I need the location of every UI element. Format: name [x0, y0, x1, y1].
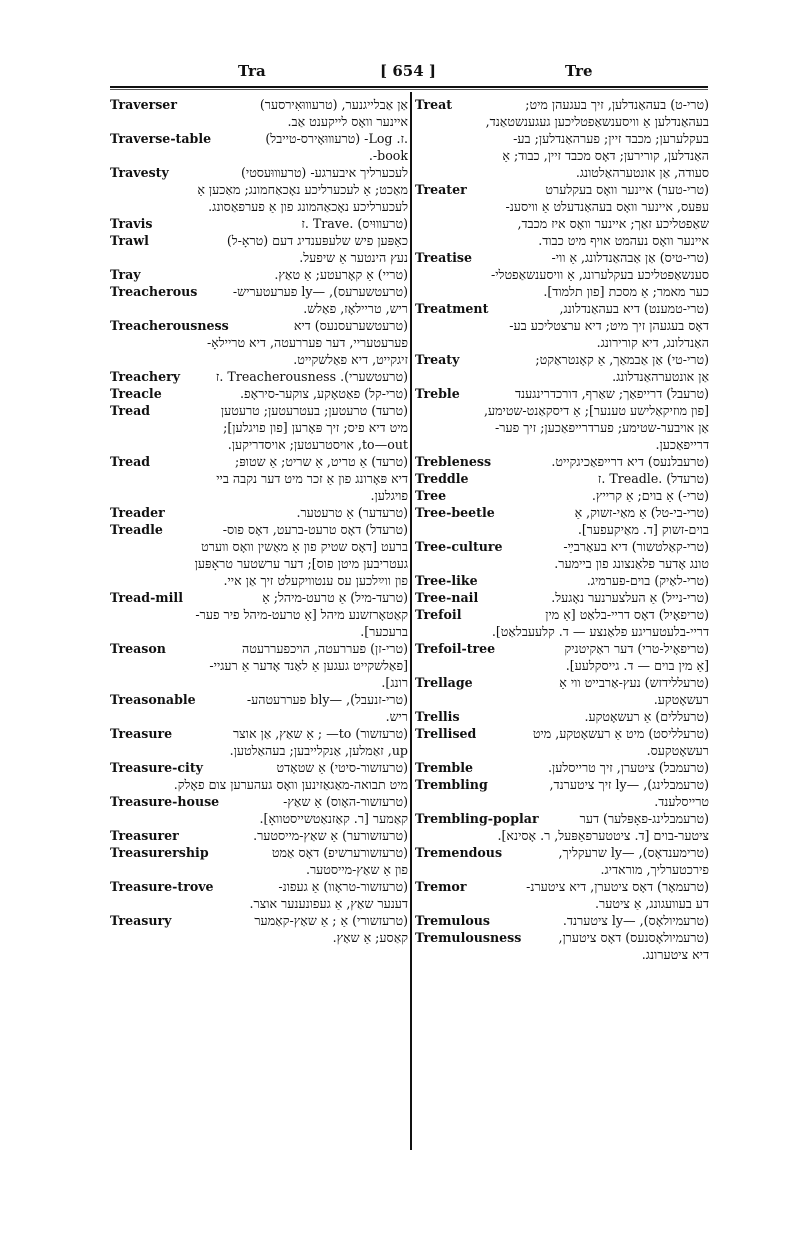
- headword: Treadle: [110, 521, 163, 538]
- definition-continuation: שאַפטליכע זאַך; איינער וואָס איז מכבד,: [415, 215, 709, 232]
- entry-first-line: Tree-like(טרי-לאַיק) בוים-פערמיג.: [415, 572, 709, 589]
- headword: Trawl: [110, 232, 149, 249]
- dictionary-entry: Tree-beetle(טרי-בי-טל) אַ מאַי-זשוק, אַב…: [415, 504, 709, 538]
- definition-text: (טרי-לאַיק) בוים-פערמיג.: [478, 572, 709, 589]
- headword: Treatment: [415, 300, 488, 317]
- definition-continuation: עפּעס, איינער וואָס בעהאַנדעלט אַ וויסענ…: [415, 198, 709, 215]
- headword: Treaty: [415, 351, 459, 368]
- definition-continuation: דאָס בעגעהן זיך מיט; דיא ערצטליכע בע-: [415, 317, 709, 334]
- definition-continuation: טרייסלענד.: [415, 793, 709, 810]
- dictionary-entry: Trawlכאַפּען פיש שלעפּענדיג דעם (טראָ-ל)…: [110, 232, 408, 266]
- headword: Tree-culture: [415, 538, 503, 555]
- definition-continuation: ציטער-בוים [ד. ציטטערפאַפּעל, ר. אָסינא]…: [415, 827, 709, 844]
- headword: Treasure: [110, 725, 172, 742]
- definition-continuation: קאַסע; אַ שאַץ.: [110, 929, 408, 946]
- definition-text: (טרימענדאָס), —ly שרעקליך,: [502, 844, 709, 861]
- definition-continuation: ברעכער].: [110, 623, 408, 640]
- definition-continuation: up, זאַמלען, אַנקלייבען; בעהאַלטען.: [110, 742, 408, 759]
- entry-first-line: Trellis(טרעללים) אַ רעשאָטקע.: [415, 708, 709, 725]
- dictionary-entry: Trembling-poplar(טרעמבלינג-פאָפּלער) דער…: [415, 810, 709, 844]
- definition-text: (טרעזשורער) אַ שאַץ-מייסטער.: [179, 827, 408, 844]
- definition-text: (טרעד-מיל) אַ טרעט-מיהל; אַ: [183, 589, 408, 606]
- dictionary-entry: Tread-mill(טרעד-מיל) אַ טרעט-מיהל; אַקאַ…: [110, 589, 408, 640]
- headword: Treason: [110, 640, 166, 657]
- definition-text: (טרעלליסט) מיט אַ רעשאָטקע, מיט: [476, 725, 709, 742]
- dictionary-entry: Treacherousness(טרעטשערעסנעס) דיאפערעטער…: [110, 317, 408, 368]
- headword: Trellis: [415, 708, 460, 725]
- dictionary-entry: Treadle(טרעדל) דאָס טרעט-ברעט, דאָס פוס-…: [110, 521, 408, 589]
- definition-continuation: רונג].: [110, 674, 408, 691]
- headword: Traverser: [110, 96, 177, 113]
- entry-first-line: Treacherousness(טרעטשערעסנעס) דיא: [110, 317, 408, 334]
- dictionary-entry: Trellage(טרעללידזש) נעץ-אַרבייט ווי אַרע…: [415, 674, 709, 708]
- dictionary-entry: Treader(טרעדער) אַ טרעטער.: [110, 504, 408, 521]
- definition-continuation: אַן אויבער-שטימע; פערדרייפאַכען; זיך פער…: [415, 419, 709, 436]
- definition-continuation: זיגקייט, דיא פאַלשקייט.: [110, 351, 408, 368]
- entry-first-line: Treacherous(טרעטשערעס), —ly פערעטעריש-: [110, 283, 408, 300]
- definition-text: (טרעללים) אַ רעשאָטקע.: [460, 708, 709, 725]
- headword: Treddle: [415, 470, 469, 487]
- dictionary-entry: Tree-nail(טרי-נייל) אַ העלצערנער נאָגעל.: [415, 589, 709, 606]
- headword: Tread-mill: [110, 589, 183, 606]
- definition-text: (טרעזשור-טראָוו) אַ געפונ-: [214, 878, 408, 895]
- definition-text: (טרי-ט) בעהאַנדלען, זיך בעגעהן מיט;: [452, 96, 709, 113]
- right-column: Treat(טרי-ט) בעהאַנדלען, זיך בעגעהן מיט;…: [415, 96, 709, 963]
- headword: Treasurer: [110, 827, 179, 844]
- dictionary-entry: Treason(טרי-זן) פעררעטה, הויכפעררעטה[פאַ…: [110, 640, 408, 691]
- definition-continuation: דיא ציטערונג.: [415, 946, 709, 963]
- definition-continuation: כער מאמר; אַ מסכת [פון תלמוד].: [415, 283, 709, 300]
- entry-first-line: Treasury(טרעזשורי) אַ ; אַ שאַץ-קאַמער: [110, 912, 408, 929]
- definition-continuation: [פאַלשקייט געגען אַ לאַנד אָדער אַ רעגיי…: [110, 657, 408, 674]
- definition-continuation: נעץ הינטער אַ שיפעל.: [110, 249, 408, 266]
- headword: Tree-nail: [415, 589, 478, 606]
- definition-text: אַן אַבלייגנער, (טרעװוּאִירסער): [177, 96, 408, 113]
- entry-first-line: Tread(טרעד) אַ טריט, אַ שריט; אַ שטופּ;: [110, 453, 408, 470]
- headword: Treader: [110, 504, 165, 521]
- definition-continuation: בוים-זשוק [ד. מאַיקעפער].: [415, 521, 709, 538]
- entry-first-line: Treasurer(טרעזשורער) אַ שאַץ-מייסטער.: [110, 827, 408, 844]
- entry-first-line: Trebleness(טרעבלנעס) דיא דרייפאַכיגקייט.: [415, 453, 709, 470]
- entry-first-line: Treachery(טרעטשערי). Treacherousness .ז: [110, 368, 408, 385]
- definition-text: (טרי-טיס) אַן אַבהאַנדלונג, אַ ווי-: [472, 249, 709, 266]
- entry-first-line: Treasurership(טרעזשורערשיפ) דאָס אַמט: [110, 844, 408, 861]
- dictionary-entry: Treachery(טרעטשערי). Treacherousness .ז: [110, 368, 408, 385]
- dictionary-entry: Treater(טרי-טער) איינער וואָס בעקלערטעפּ…: [415, 181, 709, 249]
- definition-text: (טרעדל) דאָס טרעט-ברעט, דאָס פוס-: [163, 521, 408, 538]
- headword: Tremble: [415, 759, 473, 776]
- definition-text: (טריפאָיל-טרי) דער ראַקיטניק: [495, 640, 709, 657]
- definition-continuation: פויגלען.: [110, 487, 408, 504]
- headword: Trembling-poplar: [415, 810, 539, 827]
- headword: Tray: [110, 266, 141, 283]
- entry-first-line: Treatise(טרי-טיס) אַן אַבהאַנדלונג, אַ ו…: [415, 249, 709, 266]
- definition-continuation: מאַכט; אַ לעכערליכע נאָכאַחמונג; מאַכען …: [110, 181, 408, 198]
- dictionary-entry: Trefoil(טריפאָיל) דאָס דריי-בלאַט [אַ מי…: [415, 606, 709, 640]
- headword: Treasure-city: [110, 759, 203, 776]
- dictionary-entry: Treasure-city(טרעזשור-סיטי) אַ שטאָדטמיט…: [110, 759, 408, 793]
- definition-text: (טרעזשורערשיפ) דאָס אַמט: [209, 844, 408, 861]
- header-rule: [110, 86, 708, 88]
- entry-first-line: Treasure-house(טרעזשור-האָוס) אַ שאַץ-: [110, 793, 408, 810]
- entry-first-line: Tremor(טרעמאָר) דאָס ציטערן, דיא ציטערנ-: [415, 878, 709, 895]
- definition-continuation: רעשאָטקע.: [415, 691, 709, 708]
- entry-first-line: Treddle(טרעדל) .Treadle .ז: [415, 470, 709, 487]
- headword: Tremendous: [415, 844, 502, 861]
- entry-first-line: Tree-culture(טרי-קאַלטשור) דיא בעאַרבײַ-: [415, 538, 709, 555]
- entry-first-line: Treasure(טרעזשור) to— ; אַ שאַץ, אַן אוצ…: [110, 725, 408, 742]
- definition-continuation: בעהאַנדלען אַ וויסענשאַפטליכען געגענשטאַ…: [415, 113, 709, 130]
- headword: Treasure-trove: [110, 878, 214, 895]
- entry-first-line: Tremble(טרעמבל) ציטערן, זיך טרייסלען.: [415, 759, 709, 776]
- entry-first-line: Traverse-table.ז. Log- (טרעװוּאָירס-טייב…: [110, 130, 408, 147]
- running-header: Tra [ 654 ] Tre: [110, 62, 708, 86]
- headword: Tree-beetle: [415, 504, 495, 521]
- entry-first-line: Trawlכאַפּען פיש שלעפּענדיג דעם (טראָ-ל): [110, 232, 408, 249]
- entry-first-line: Trefoil-tree(טריפאָיל-טרי) דער ראַקיטניק: [415, 640, 709, 657]
- entry-first-line: Travis(טרעװוּיס) .Trave .ז: [110, 215, 408, 232]
- dictionary-entry: Tread(טרעד) טרעטען; בעטרעטען; טרעטעןמיט …: [110, 402, 408, 453]
- entry-first-line: Tree(טרי-) אַ בוים; אַ קרייץ.: [415, 487, 709, 504]
- definition-text: (טרעזשור-האָוס) אַ שאַץ-: [219, 793, 408, 810]
- definition-continuation: [אַ מין בוים — ד. גייסקלעע].: [415, 657, 709, 674]
- entry-first-line: Tremulousness(טרעמיולאָסנעס) דאָס ציטערן…: [415, 929, 709, 946]
- definition-text: (טרי-קל) פאַטאָקע, צוקער-סיראָפ.: [162, 385, 408, 402]
- dictionary-entry: Treasury(טרעזשורי) אַ ; אַ שאַץ-קאַמערקא…: [110, 912, 408, 946]
- entry-first-line: Travestyלעכערליך איבערגע- (טרעװוּעסטי): [110, 164, 408, 181]
- definition-text: (טרעדער) אַ טרעטער.: [165, 504, 408, 521]
- definition-continuation: [פון מוזיקאַלישע טענער]; אַ דיסקאַנט-שטי…: [415, 402, 709, 419]
- headword: Trellage: [415, 674, 473, 691]
- headword: Treachery: [110, 368, 180, 385]
- entry-first-line: Trellised(טרעלליסט) מיט אַ רעשאָטקע, מיט: [415, 725, 709, 742]
- dictionary-entry: Treat(טרי-ט) בעהאַנדלען, זיך בעגעהן מיט;…: [415, 96, 709, 181]
- definition-text: (טרעזשורי) אַ ; אַ שאַץ-קאַמער: [171, 912, 408, 929]
- entry-first-line: Tremulous(טרעמיולאָס), —ly ציטערנד.: [415, 912, 709, 929]
- entry-first-line: Treat(טרי-ט) בעהאַנדלען, זיך בעגעהן מיט;: [415, 96, 709, 113]
- definition-text: (טרי-טמענט) דיא בעהאַנדלונג,: [488, 300, 709, 317]
- header-rule-thin: [110, 89, 708, 90]
- definition-continuation: דע בעוועגונג, אַ ציטער.: [415, 895, 709, 912]
- headword: Tremor: [415, 878, 466, 895]
- headword: Trefoil-tree: [415, 640, 495, 657]
- entry-first-line: Treason(טרי-זן) פעררעטה, הויכפעררעטה: [110, 640, 408, 657]
- definition-text: (טרי-זן) פעררעטה, הויכפעררעטה: [166, 640, 408, 657]
- dictionary-entry: Treasure-house(טרעזשור-האָוס) אַ שאַץ-קא…: [110, 793, 408, 827]
- dictionary-entry: Tremendous(טרימענדאָס), —ly שרעקליך,פירכ…: [415, 844, 709, 878]
- headword: Trebleness: [415, 453, 491, 470]
- headword: Treasurership: [110, 844, 209, 861]
- entry-first-line: Treasure-city(טרעזשור-סיטי) אַ שטאָדט: [110, 759, 408, 776]
- definition-continuation: דרייפאַכען.: [415, 436, 709, 453]
- headword: Treble: [415, 385, 460, 402]
- dictionary-entry: Treasure(טרעזשור) to— ; אַ שאַץ, אַן אוצ…: [110, 725, 408, 759]
- dictionary-entry: Treasonable(טרי-זנעבל), —bly פעררעטהע-רי…: [110, 691, 408, 725]
- headword: Treater: [415, 181, 467, 198]
- dictionary-entry: Tree-culture(טרי-קאַלטשור) דיא בעאַרבײַ-…: [415, 538, 709, 572]
- column-divider: [410, 92, 412, 1150]
- headword: Tree-like: [415, 572, 478, 589]
- headword: Tremulousness: [415, 929, 521, 946]
- headword: Treat: [415, 96, 452, 113]
- dictionary-entry: Trefoil-tree(טריפאָיל-טרי) דער ראַקיטניק…: [415, 640, 709, 674]
- headword: Trellised: [415, 725, 476, 742]
- entry-first-line: Trellage(טרעללידזש) נעץ-אַרבייט ווי אַ: [415, 674, 709, 691]
- definition-text: (טרעבלנעס) דיא דרייפאַכיגקייט.: [491, 453, 709, 470]
- definition-text: (טרעמיולאָסנעס) דאָס ציטערן,: [521, 929, 709, 946]
- definition-continuation: ריש.: [110, 708, 408, 725]
- definition-continuation: ריש, טריילאָז, פאַלש.: [110, 300, 408, 317]
- definition-text: (טרעללידזש) נעץ-אַרבייט ווי אַ: [473, 674, 709, 691]
- right-guide-word: Tre: [565, 62, 593, 80]
- entry-first-line: Tremendous(טרימענדאָס), —ly שרעקליך,: [415, 844, 709, 861]
- entry-first-line: Treacle(טרי-קל) פאַטאָקע, צוקער-סיראָפ.: [110, 385, 408, 402]
- definition-continuation: דענער שאַץ, אַ געפונענער אוצר.: [110, 895, 408, 912]
- headword: Tread: [110, 402, 150, 419]
- dictionary-entry: Tremble(טרעמבל) ציטערן, זיך טרייסלען.: [415, 759, 709, 776]
- dictionary-entry: Treasurership(טרעזשורערשיפ) דאָס אַמטפון…: [110, 844, 408, 878]
- definition-text: (טרעמיולאָס), —ly ציטערנד.: [490, 912, 709, 929]
- definition-text: (טרעבל) דרייפאַך; שאַרף, דורכדרינגענד: [460, 385, 709, 402]
- definition-continuation: פון אַ שאַץ-מייסטער.: [110, 861, 408, 878]
- entry-first-line: Treaty(טרי-טי) אַן אַבמאַך, אַ קאָנטראַק…: [415, 351, 709, 368]
- headword: Treasury: [110, 912, 171, 929]
- dictionary-entry: Treatment(טרי-טמענט) דיא בעהאַנדלונג,דאָ…: [415, 300, 709, 351]
- dictionary-entry: Tree(טרי-) אַ בוים; אַ קרייץ.: [415, 487, 709, 504]
- definition-text: (טרעװוּיס) .Trave .ז: [152, 215, 408, 232]
- dictionary-entry: Treddle(טרעדל) .Treadle .ז: [415, 470, 709, 487]
- entry-first-line: Trembling(טרעמבלינג), —ly זיך ציטערנד,: [415, 776, 709, 793]
- entry-first-line: Treasonable(טרי-זנעבל), —bly פעררעטהע-: [110, 691, 408, 708]
- definition-text: (טרעטשערי). Treacherousness .ז: [180, 368, 408, 385]
- definition-continuation: פון ווײַלכען עס ענטוויקעלט זיך אַן איי.: [110, 572, 408, 589]
- headword: Trembling: [415, 776, 488, 793]
- definition-continuation: to—out, אויסטרעטען; אויסדריקען.: [110, 436, 408, 453]
- headword: Treacherousness: [110, 317, 229, 334]
- entry-first-line: Tread(טרעד) טרעטען; בעטרעטען; טרעטען: [110, 402, 408, 419]
- definition-text: לעכערליך איבערגע- (טרעװוּעסטי): [169, 164, 408, 181]
- entry-first-line: Tread-mill(טרעד-מיל) אַ טרעט-מיהל; אַ: [110, 589, 408, 606]
- headword: Travis: [110, 215, 152, 232]
- headword: Treasure-house: [110, 793, 219, 810]
- left-guide-word: Tra: [238, 62, 266, 80]
- definition-text: כאַפּען פיש שלעפּענדיג דעם (טראָ-ל): [149, 232, 408, 249]
- dictionary-entry: Treatise(טרי-טיס) אַן אַבהאַנדלונג, אַ ו…: [415, 249, 709, 300]
- definition-continuation: געטריבען מיטן פוס]; דער ערשטער טראָפּען: [110, 555, 408, 572]
- dictionary-entry: Trebleness(טרעבלנעס) דיא דרייפאַכיגקייט.: [415, 453, 709, 470]
- dictionary-entry: Travis(טרעװוּיס) .Trave .ז: [110, 215, 408, 232]
- definition-text: (טרי-טי) אַן אַבמאַך, אַ קאָנטראַקט;: [459, 351, 709, 368]
- dictionary-entry: Treasure-trove(טרעזשור-טראָוו) אַ געפונ-…: [110, 878, 408, 912]
- definition-continuation: מיט תבואה-מאַגאַזינען וואָס געהערען צום …: [110, 776, 408, 793]
- dictionary-entry: Trellis(טרעללים) אַ רעשאָטקע.: [415, 708, 709, 725]
- definition-text: (טרעמבלינג), —ly זיך ציטערנד,: [488, 776, 709, 793]
- definition-text: (טרי-נייל) אַ העלצערנער נאָגעל.: [478, 589, 709, 606]
- headword: Tremulous: [415, 912, 490, 929]
- definition-text: (טרעד) אַ טריט, אַ שריט; אַ שטופּ;: [150, 453, 408, 470]
- entry-first-line: Trembling-poplar(טרעמבלינג-פאָפּלער) דער: [415, 810, 709, 827]
- entry-first-line: Trefoil(טריפאָיל) דאָס דריי-בלאַט [אַ מי…: [415, 606, 709, 623]
- entry-first-line: Traverserאַן אַבלייגנער, (טרעװוּאִירסער): [110, 96, 408, 113]
- left-column: Traverserאַן אַבלייגנער, (טרעװוּאִירסער)…: [110, 96, 408, 946]
- definition-continuation: קאַמער [ר. קאַזנאַטשייסטוואָ].: [110, 810, 408, 827]
- entry-first-line: Treasure-trove(טרעזשור-טראָוו) אַ געפונ-: [110, 878, 408, 895]
- definition-continuation: האַנדלונג, דיא קורירונג.: [415, 334, 709, 351]
- definition-continuation: סענשאַפטליכע בעקלערונג, אַ וויסענשאַפטלי…: [415, 266, 709, 283]
- dictionary-entry: Travestyלעכערליך איבערגע- (טרעװוּעסטי)מא…: [110, 164, 408, 215]
- definition-continuation: סעודה, אַן אונטערהאַלטונג.: [415, 164, 709, 181]
- definition-text: (טרעזשור) to— ; אַ שאַץ, אַן אוצר: [172, 725, 408, 742]
- dictionary-entry: Traverse-table.ז. Log- (טרעװוּאָירס-טייב…: [110, 130, 408, 164]
- dictionary-entry: Tremulousness(טרעמיולאָסנעס) דאָס ציטערן…: [415, 929, 709, 963]
- definition-text: (טרי-בי-טל) אַ מאַי-זשוק, אַ: [495, 504, 709, 521]
- entry-first-line: Treatment(טרי-טמענט) דיא בעהאַנדלונג,: [415, 300, 709, 317]
- definition-continuation: דריי-בלעטעריגע פלאַנצע — ד. קלעעבלאַט].: [415, 623, 709, 640]
- headword: Treacherous: [110, 283, 197, 300]
- entry-first-line: Treadle(טרעדל) דאָס טרעט-ברעט, דאָס פוס-: [110, 521, 408, 538]
- entry-first-line: Treader(טרעדער) אַ טרעטער.: [110, 504, 408, 521]
- definition-text: (טרעטשערעסנעס) דיא: [229, 317, 408, 334]
- headword: Treacle: [110, 385, 162, 402]
- dictionary-entry: Treacle(טרי-קל) פאַטאָקע, צוקער-סיראָפ.: [110, 385, 408, 402]
- definition-text: (טרי-) אַ בוים; אַ קרייץ.: [446, 487, 709, 504]
- definition-text: (טרי-זנעבל), —bly פעררעטהע-: [196, 691, 408, 708]
- dictionary-entry: Tremor(טרעמאָר) דאָס ציטערן, דיא ציטערנ-…: [415, 878, 709, 912]
- definition-continuation: אַן אונטערהאַנדלונג.: [415, 368, 709, 385]
- headword: Tread: [110, 453, 150, 470]
- definition-continuation: בעקלערען; מכבד זיין; פערהאַנדלען; בע-: [415, 130, 709, 147]
- dictionary-entry: Trellised(טרעלליסט) מיט אַ רעשאָטקע, מיט…: [415, 725, 709, 759]
- definition-text: (טרעמאָר) דאָס ציטערן, דיא ציטערנ-: [466, 878, 709, 895]
- dictionary-entry: Tray(טריי) אַ קאָרעטע; אַ טאַץ.: [110, 266, 408, 283]
- definition-continuation: book-.: [110, 147, 408, 164]
- definition-text: (טרי-טער) איינער וואָס בעקלערט: [467, 181, 709, 198]
- definition-text: (טרעטשערעס), —ly פערעטעריש-: [197, 283, 408, 300]
- definition-continuation: פירכטערליך, מוראדיג.: [415, 861, 709, 878]
- dictionary-entry: Tremulous(טרעמיולאָס), —ly ציטערנד.: [415, 912, 709, 929]
- entry-first-line: Treater(טרי-טער) איינער וואָס בעקלערט: [415, 181, 709, 198]
- definition-text: (טרי-קאַלטשור) דיא בעאַרבײַ-: [503, 538, 709, 555]
- definition-continuation: איינער וואָס נעהמט אויף מיט כבוד.: [415, 232, 709, 249]
- definition-text: (טרעזשור-סיטי) אַ שטאָדט: [203, 759, 408, 776]
- dictionary-entry: Treacherous(טרעטשערעס), —ly פערעטעריש-רי…: [110, 283, 408, 317]
- entry-first-line: Tree-nail(טרי-נייל) אַ העלצערנער נאָגעל.: [415, 589, 709, 606]
- definition-text: (טרעד) טרעטען; בעטרעטען; טרעטען: [150, 402, 408, 419]
- headword: Treatise: [415, 249, 472, 266]
- dictionary-entry: Trembling(טרעמבלינג), —ly זיך ציטערנד,טר…: [415, 776, 709, 810]
- definition-text: (טרעדל) .Treadle .ז: [469, 470, 709, 487]
- dictionary-entry: Tread(טרעד) אַ טריט, אַ שריט; אַ שטופּ;ד…: [110, 453, 408, 504]
- definition-continuation: פערעטעריי, דער פעררעטה, דיא טריילאָ-: [110, 334, 408, 351]
- definition-text: (טרעמבל) ציטערן, זיך טרייסלען.: [473, 759, 709, 776]
- definition-continuation: ברעט [דאָס שטיק פון אַ מאַשין וואָס ווער…: [110, 538, 408, 555]
- definition-continuation: לעכערליכע נאָכאַהמונג פון אַ פערפאַסונג.: [110, 198, 408, 215]
- headword: Tree: [415, 487, 446, 504]
- definition-continuation: האַנדלען, קורירען; דאָס מכבד זיין, כבוד;…: [415, 147, 709, 164]
- page-number: [ 654 ]: [380, 62, 436, 80]
- definition-text: .ז. Log- (טרעװוּאָירס-טייבל): [211, 130, 408, 147]
- definition-text: (טריי) אַ קאָרעטע; אַ טאַץ.: [141, 266, 408, 283]
- definition-continuation: קאַטאָרזשנע מיהל [אַ טרעט-מיהל פיר פער-: [110, 606, 408, 623]
- definition-continuation: דיא פּאָרונג פון אַ זכר מיט דער נקבה ביי: [110, 470, 408, 487]
- definition-text: (טרעמבלינג-פאָפּלער) דער: [539, 810, 709, 827]
- dictionary-entry: Tree-like(טרי-לאַיק) בוים-פערמיג.: [415, 572, 709, 589]
- headword: Travesty: [110, 164, 169, 181]
- entry-first-line: Treble(טרעבל) דרייפאַך; שאַרף, דורכדרינג…: [415, 385, 709, 402]
- headword: Traverse-table: [110, 130, 211, 147]
- headword: Trefoil: [415, 606, 462, 623]
- definition-text: (טריפאָיל) דאָס דריי-בלאַט [אַ מין: [462, 606, 710, 623]
- headword: Treasonable: [110, 691, 196, 708]
- dictionary-entry: Treasurer(טרעזשורער) אַ שאַץ-מייסטער.: [110, 827, 408, 844]
- dictionary-entry: Treaty(טרי-טי) אַן אַבמאַך, אַ קאָנטראַק…: [415, 351, 709, 385]
- definition-continuation: מיט דיא פיס; זיך פּאָרען [פון פויגלען];: [110, 419, 408, 436]
- dictionary-entry: Treble(טרעבל) דרייפאַך; שאַרף, דורכדרינג…: [415, 385, 709, 453]
- entry-first-line: Tree-beetle(טרי-בי-טל) אַ מאַי-זשוק, אַ: [415, 504, 709, 521]
- definition-continuation: טונג אָדער פלאַנצונג פון ביימער.: [415, 555, 709, 572]
- entry-first-line: Tray(טריי) אַ קאָרעטע; אַ טאַץ.: [110, 266, 408, 283]
- definition-continuation: איינער וואָס לייקענט אַב.: [110, 113, 408, 130]
- definition-continuation: רעשאָטקעס.: [415, 742, 709, 759]
- dictionary-entry: Traverserאַן אַבלייגנער, (טרעװוּאִירסער)…: [110, 96, 408, 130]
